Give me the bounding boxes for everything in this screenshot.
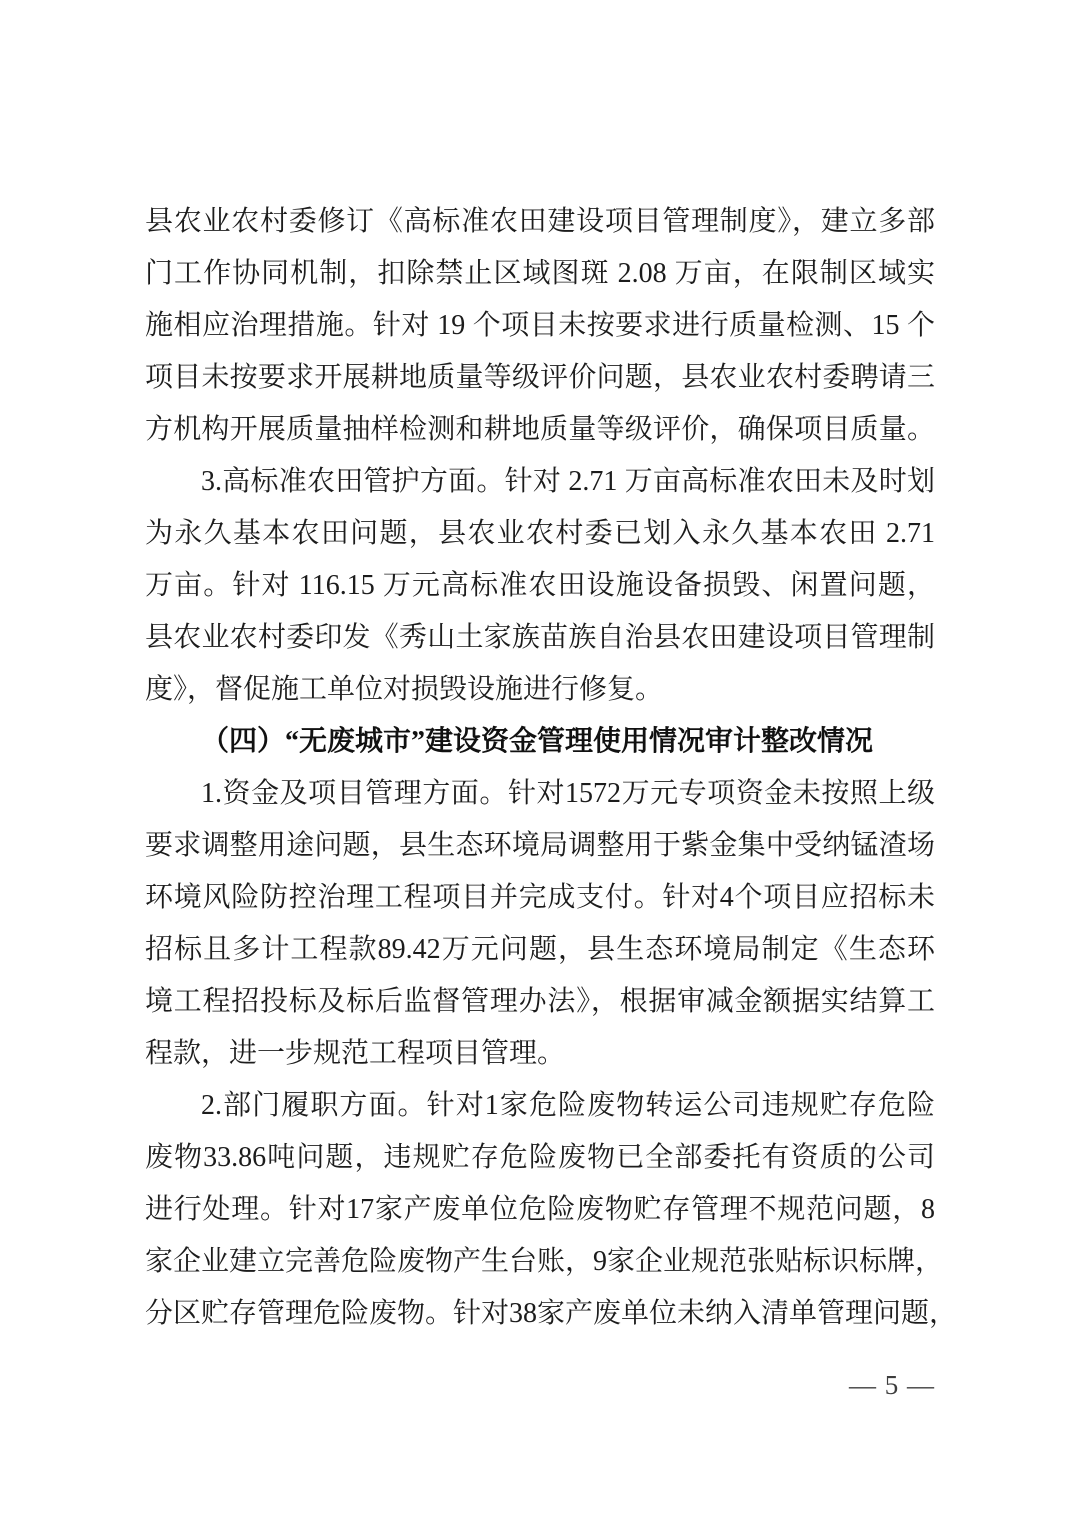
text-line: 3.高标准农田管护方面。针对 2.71 万亩高标准农田未及时划 (145, 456, 935, 508)
text-line: 进行处理。针对17家产废单位危险废物贮存管理不规范问题，8 (145, 1184, 935, 1236)
text-line: 项目未按要求开展耕地质量等级评价问题，县农业农村委聘请三 (145, 352, 935, 404)
document-body: 县农业农村委修订《高标准农田建设项目管理制度》，建立多部 门工作协同机制，扣除禁… (145, 196, 935, 1340)
page-number: — 5 — (145, 1368, 935, 1402)
text-line: 家企业建立完善危险废物产生台账，9家企业规范张贴标识标牌， (145, 1236, 935, 1288)
text-line: 县农业农村委印发《秀山土家族苗族自治县农田建设项目管理制 (145, 612, 935, 664)
text-line: 环境风险防控治理工程项目并完成支付。针对4个项目应招标未 (145, 872, 935, 924)
text-line: 门工作协同机制，扣除禁止区域图斑 2.08 万亩，在限制区域实 (145, 248, 935, 300)
document-page: 县农业农村委修订《高标准农田建设项目管理制度》，建立多部 门工作协同机制，扣除禁… (0, 0, 1074, 1520)
text-line: 为永久基本农田问题，县农业农村委已划入永久基本农田 2.71 (145, 508, 935, 560)
text-line: 万亩。针对 116.15 万元高标准农田设施设备损毁、闲置问题， (145, 560, 935, 612)
text-line: 要求调整用途问题，县生态环境局调整用于紫金集中受纳锰渣场 (145, 820, 935, 872)
text-line: 程款，进一步规范工程项目管理。 (145, 1028, 935, 1080)
text-line: 境工程招投标及标后监督管理办法》，根据审减金额据实结算工 (145, 976, 935, 1028)
text-line: 分区贮存管理危险废物。针对38家产废单位未纳入清单管理问题， (145, 1288, 935, 1340)
text-line: 2.部门履职方面。针对1家危险废物转运公司违规贮存危险 (145, 1080, 935, 1132)
text-line: 方机构开展质量抽样检测和耕地质量等级评价，确保项目质量。 (145, 404, 935, 456)
section-heading: （四）“无废城市”建设资金管理使用情况审计整改情况 (145, 716, 935, 768)
text-line: 废物33.86吨问题，违规贮存危险废物已全部委托有资质的公司 (145, 1132, 935, 1184)
text-line: 县农业农村委修订《高标准农田建设项目管理制度》，建立多部 (145, 196, 935, 248)
text-line: 度》，督促施工单位对损毁设施进行修复。 (145, 664, 935, 716)
text-line: 1.资金及项目管理方面。针对1572万元专项资金未按照上级 (145, 768, 935, 820)
text-line: 施相应治理措施。针对 19 个项目未按要求进行质量检测、15 个 (145, 300, 935, 352)
text-line: 招标且多计工程款89.42万元问题，县生态环境局制定《生态环 (145, 924, 935, 976)
